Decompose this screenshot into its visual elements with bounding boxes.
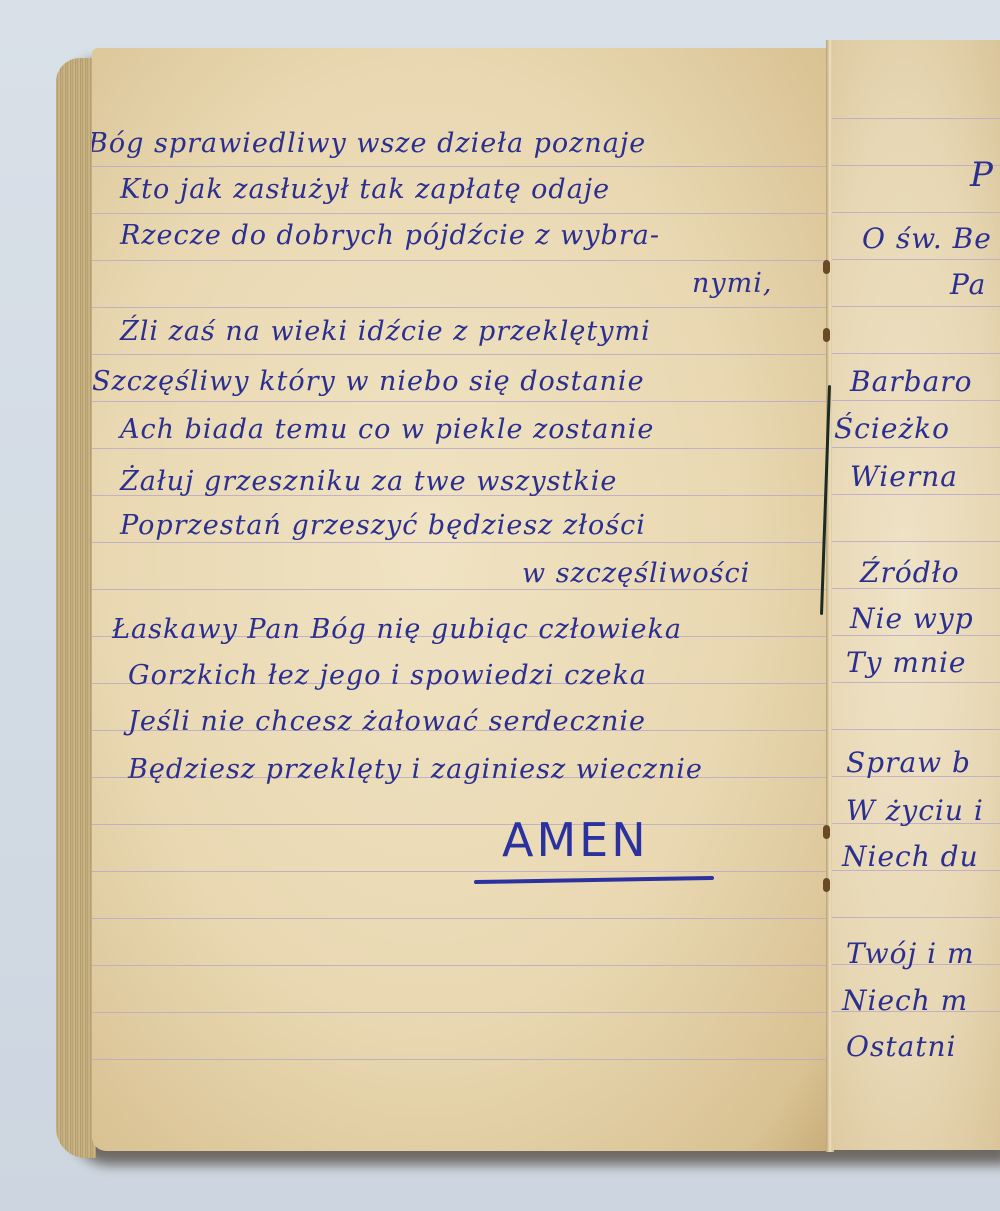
- verse-line: Żałuj grzeszniku za twe wszystkie: [120, 466, 617, 497]
- ruled-line: [832, 494, 1000, 495]
- ruled-line: [832, 635, 1000, 636]
- ruled-line: [832, 541, 1000, 542]
- right-title: P: [970, 155, 994, 195]
- ruled-line: [92, 824, 830, 825]
- verse-line: Bóg sprawiedliwy wsze dzieła poznaje: [92, 128, 646, 159]
- right-line: Niech du: [842, 840, 979, 873]
- right-line: Nie wyp: [850, 602, 974, 635]
- staple-hole: [823, 825, 830, 839]
- ruled-line: [92, 354, 830, 355]
- ruled-line: [92, 918, 830, 919]
- ruled-line: [832, 447, 1000, 448]
- ruled-line: [832, 682, 1000, 683]
- ruled-line: [832, 729, 1000, 730]
- ruled-line: [92, 871, 830, 872]
- ruled-line: [92, 1059, 830, 1060]
- right-line: Spraw b: [846, 746, 971, 779]
- ruled-line: [832, 917, 1000, 918]
- ruled-line: [832, 353, 1000, 354]
- right-line: Źródło: [860, 556, 960, 589]
- staple-hole: [823, 260, 830, 274]
- verse-line: w szczęśliwości: [522, 558, 750, 589]
- ruled-line: [92, 448, 830, 449]
- ruled-line: [832, 400, 1000, 401]
- verse-line: Ach biada temu co w piekle zostanie: [120, 414, 654, 445]
- right-line: Ty mnie: [846, 646, 967, 679]
- ruled-line: [92, 307, 830, 308]
- verse-line: Rzecze do dobrych pójdźcie z wybra-: [120, 220, 660, 251]
- staple-hole: [823, 328, 830, 342]
- ruled-line: [92, 965, 830, 966]
- verse-line: nymi,: [692, 268, 772, 299]
- right-line: Ostatni: [846, 1030, 957, 1063]
- verse-line: Poprzestań grzeszyć będziesz złości: [120, 510, 646, 541]
- verse-line: Będziesz przeklęty i zaginiesz wiecznie: [128, 754, 703, 785]
- amen-underline: [474, 876, 714, 884]
- ruled-line: [832, 212, 1000, 213]
- right-line: Ścieżko: [834, 412, 950, 445]
- right-page: P O św. Be Pa Barbaro Ścieżko Wierna Źró…: [832, 40, 1000, 1150]
- right-line: W życiu i: [846, 794, 984, 827]
- ruled-line: [92, 401, 830, 402]
- ruled-line: [92, 542, 830, 543]
- page-edges: [56, 58, 96, 1158]
- right-line: O św. Be: [862, 222, 992, 255]
- ruled-line: [92, 1012, 830, 1013]
- amen-heading: AMEN: [502, 813, 649, 867]
- verse-line: Jeśli nie chcesz żałować serdecznie: [128, 706, 646, 737]
- ruled-line: [832, 306, 1000, 307]
- ruled-line: [92, 166, 830, 167]
- verse-line: Kto jak zasłużył tak zapłatę odaje: [120, 174, 610, 205]
- ruled-line: [832, 259, 1000, 260]
- right-line: Wierna: [850, 460, 958, 493]
- right-line: Pa: [950, 268, 986, 301]
- ruled-line: [92, 213, 830, 214]
- ruled-line: [832, 118, 1000, 119]
- ruled-line: [92, 260, 830, 261]
- verse-line: Źli zaś na wieki idźcie z przeklętymi: [120, 316, 651, 347]
- right-line: Twój i m: [846, 937, 975, 970]
- staple-hole: [823, 878, 830, 892]
- verse-line: Szczęśliwy który w niebo się dostanie: [92, 366, 645, 397]
- ruled-line: [92, 589, 830, 590]
- left-page: Bóg sprawiedliwy wsze dzieła poznaje Kto…: [92, 48, 830, 1151]
- verse-line: Gorzkich łez jego i spowiedzi czeka: [128, 660, 647, 691]
- right-line: Niech m: [842, 984, 968, 1017]
- verse-line: Łaskawy Pan Bóg nię gubiąc człowieka: [112, 614, 682, 645]
- right-line: Barbaro: [850, 365, 973, 398]
